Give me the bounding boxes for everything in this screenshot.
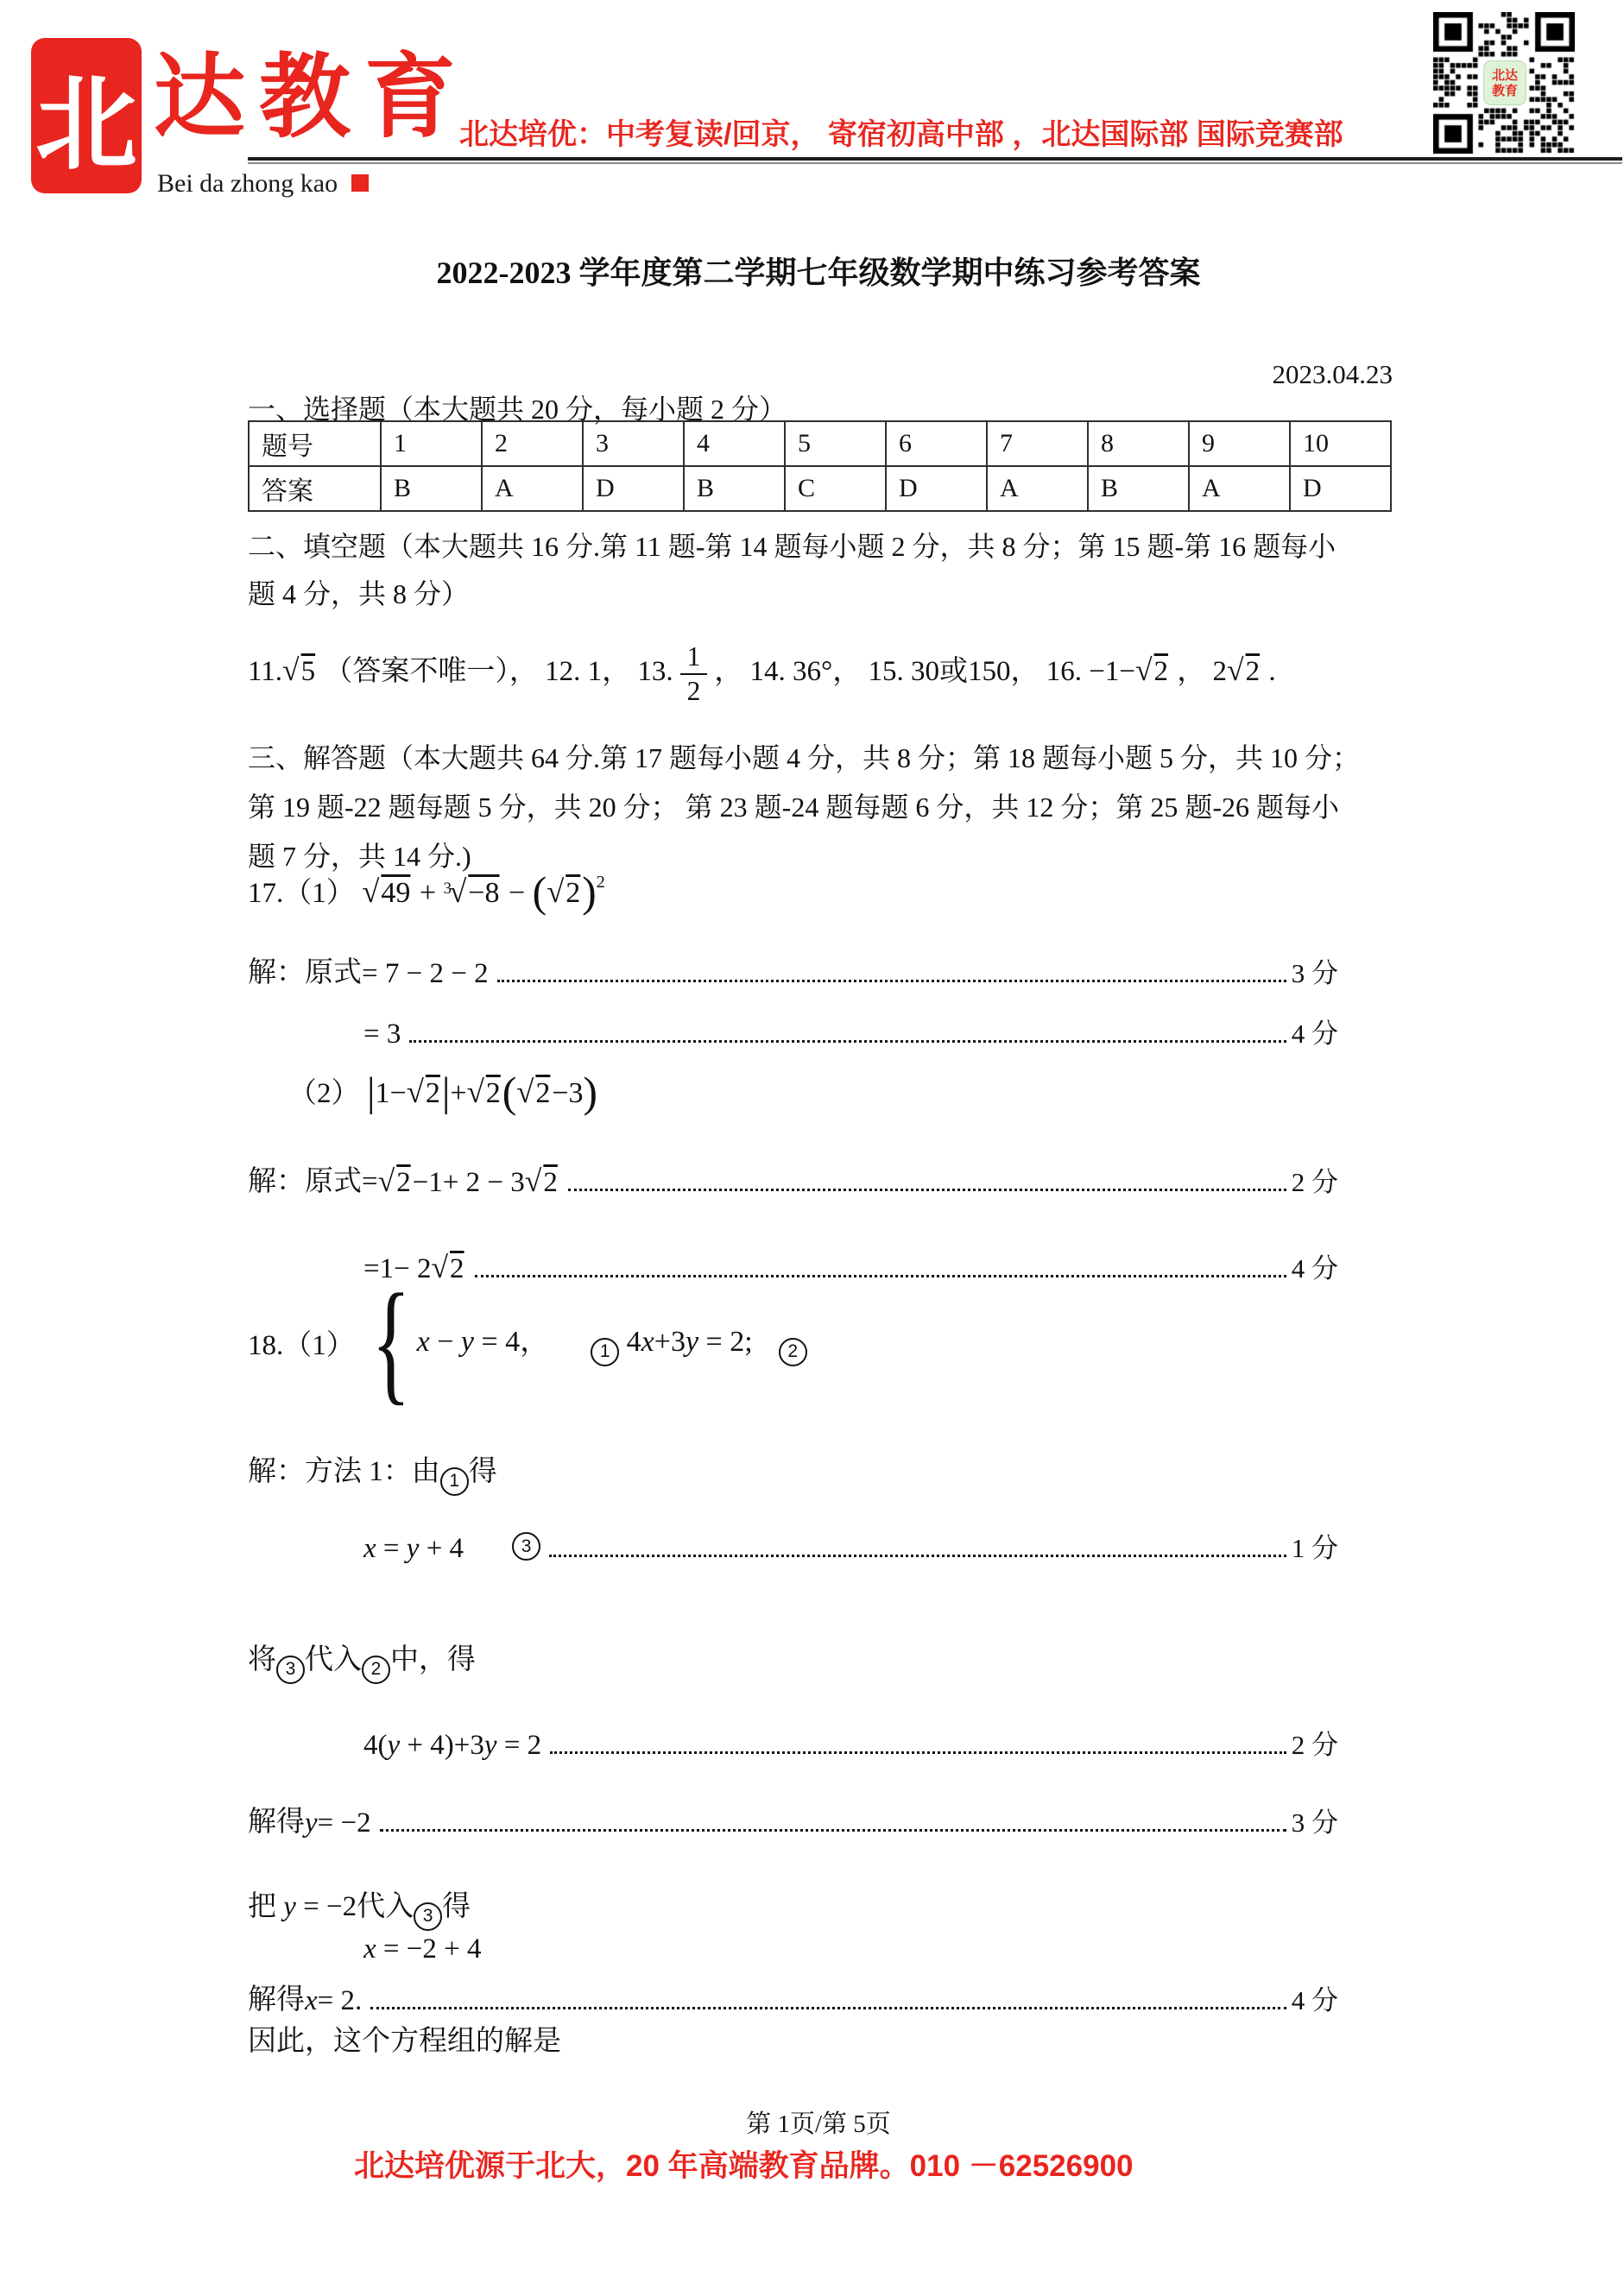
section3-heading-line2: 第 19 题-22 题每题 5 分，共 20 分； 第 23 题-24 题每题 … — [248, 783, 1360, 832]
score-label: 4 分 — [1292, 1978, 1338, 2017]
section3-heading: 三、解答题（本大题共 64 分.第 17 题每小题 4 分，共 8 分；第 18… — [248, 734, 1360, 881]
q18-step9: 因此，这个方程组的解是 — [248, 2018, 561, 2059]
section2-heading: 二、填空题（本大题共 16 分.第 11 题-第 14 题每小题 2 分，共 8… — [248, 523, 1336, 618]
answer-table: 题号 1 2 3 4 5 6 7 8 9 10 答案 B A D B C D A… — [248, 420, 1392, 512]
brand-name: 达教育 — [154, 24, 470, 155]
close-paren: ) — [584, 1069, 597, 1116]
circled-number-3: 3 — [276, 1656, 305, 1684]
score-label: 2 分 — [1292, 1160, 1338, 1199]
answer-cell: D — [886, 466, 987, 511]
answer-11-note: （答案不唯一）， — [324, 656, 538, 687]
minus-op: − — [501, 877, 532, 909]
q17-part2-formula: （2） |1−√2|+√2(√2−3) — [288, 1070, 597, 1111]
q17-label: 17.（1） — [248, 878, 355, 909]
q17-part2-label: （2） — [288, 1078, 360, 1109]
answer-cell: D — [583, 466, 684, 511]
step-text: 解得 — [248, 1977, 305, 2017]
qnum-cell: 4 — [684, 421, 785, 466]
dotted-leader — [549, 1555, 1286, 1557]
qnum-cell: 3 — [583, 421, 684, 466]
system-brace: { — [371, 1284, 411, 1400]
dotted-leader — [497, 980, 1286, 982]
qr-badge-line2: 教育 — [1492, 83, 1518, 98]
score-label: 4 分 — [1292, 1246, 1338, 1285]
circled-number-1: 1 — [591, 1338, 619, 1366]
q18-step4: 4(y + 4)+3y = 2 2 分 — [248, 1723, 1338, 1762]
section3-heading-line1: 三、解答题（本大题共 64 分.第 17 题每小题 4 分，共 8 分；第 18… — [248, 734, 1360, 783]
plus-op: + — [412, 877, 443, 909]
brand-stamp-char: 北 — [35, 42, 137, 189]
q18-step6: 把 y = −2代入3得 — [248, 1883, 471, 1931]
brand-subtitle: Bei da zhong kao — [157, 169, 369, 199]
fraction-one-half: 12 — [680, 640, 708, 707]
q18-step1: 解：方法 1：由1得 — [248, 1448, 497, 1496]
close-paren: ) — [582, 868, 596, 916]
q18-label: 18.（1） — [248, 1322, 355, 1363]
circled-number-2: 2 — [779, 1338, 807, 1366]
sqrt-49: √49 — [362, 877, 412, 909]
step-text: 得 — [469, 1456, 497, 1487]
qr-code-icon: 北达 教育 — [1433, 12, 1575, 154]
answer-cell: C — [785, 466, 886, 511]
dotted-leader — [370, 2007, 1286, 2009]
sol-expr: 4(y + 4)+3y = 2 — [363, 1730, 541, 1762]
answer-cell: B — [1088, 466, 1189, 511]
sqrt-2: √2 — [467, 1077, 502, 1109]
answer-14: 14. 36°， — [750, 656, 862, 687]
answer-cell: A — [987, 466, 1088, 511]
var-x: x — [305, 1985, 318, 2017]
open-paren: ( — [533, 868, 547, 916]
circled-number-1: 1 — [440, 1467, 469, 1496]
fill-in-answers: 11.√5 （答案不唯一）， 12. 1， 13.12， 14. 36°， 15… — [248, 640, 1276, 707]
q17-solution-line1: 解：原式= 7 − 2 − 2 3 分 — [248, 949, 1338, 990]
answer-cell: D — [1290, 466, 1391, 511]
sqrt-2: √2 — [431, 1249, 465, 1285]
dotted-leader — [568, 1189, 1286, 1191]
dotted-leader — [409, 1040, 1286, 1043]
sol-expr: = −2 — [318, 1807, 371, 1839]
exam-date: 2023.04.23 — [248, 359, 1393, 390]
header-rule — [248, 157, 1622, 164]
sol-expr: = 3 — [363, 1019, 401, 1050]
step-text: 得 — [442, 1891, 471, 1922]
q17-part1-formula: 17.（1） √49 + 3√−8 − (√2)2 — [248, 870, 605, 911]
circled-number-2: 2 — [362, 1656, 390, 1684]
sol-expr: −1+ 2 − 3 — [413, 1167, 525, 1199]
step-text: 解得 — [248, 1799, 305, 1839]
brand-stamp-logo: 北 — [31, 38, 142, 193]
sqrt-2: √2 — [516, 1077, 552, 1109]
abs-bar: | — [442, 1070, 451, 1115]
q18-step8: 解得 x = 2. 4 分 — [248, 1977, 1338, 2017]
sqrt-2: √2 — [1135, 656, 1170, 687]
sol-expr: = −2 — [296, 1891, 357, 1922]
sol-expr: = −2 + 4 — [376, 1933, 482, 1965]
answer-15: 15. 30或150， — [868, 656, 1039, 687]
qnum-cell: 10 — [1290, 421, 1391, 466]
var-x: x — [363, 1933, 376, 1965]
sqrt-2: √2 — [525, 1163, 559, 1199]
answer-16-period: . — [1261, 656, 1276, 687]
step-text: 中，得 — [390, 1644, 476, 1675]
qnum-cell: 9 — [1189, 421, 1290, 466]
score-label: 3 分 — [1292, 951, 1338, 990]
q18-equation-system: 18.（1） { x − y = 4，1 4x+3y = 2;2 — [248, 1284, 807, 1400]
table-row2-label: 答案 — [249, 466, 381, 511]
answer-13-comma: ， — [714, 656, 742, 687]
sqrt-2: √2 — [378, 1163, 413, 1199]
answer-12: 12. 1， — [545, 656, 630, 687]
term: 1− — [376, 1077, 407, 1109]
qr-center-badge: 北达 教育 — [1483, 60, 1526, 105]
qnum-cell: 2 — [482, 421, 583, 466]
red-square-icon — [351, 174, 369, 192]
sol-expr: x = y + 4 — [363, 1533, 464, 1565]
dotted-leader — [550, 1751, 1286, 1754]
equation-1: x − y = 4，1 — [417, 1326, 620, 1358]
section2-heading-line1: 二、填空题（本大题共 16 分.第 11 题-第 14 题每小题 2 分，共 8… — [248, 523, 1336, 571]
step-text: 把 — [248, 1891, 283, 1922]
page-title: 2022-2023 学年度第二学期七年级数学期中练习参考答案 — [248, 249, 1389, 293]
answer-16-comma: ， — [1170, 656, 1213, 687]
score-label: 1 分 — [1292, 1526, 1338, 1565]
open-paren: ( — [502, 1069, 516, 1116]
q18-step5: 解得 y = −2 3 分 — [248, 1799, 1338, 1839]
q17-solution-line3: 解：原式=√2 −1+ 2 − 3√2 2 分 — [248, 1158, 1338, 1199]
sol-prefix: 解：原式= — [248, 1158, 378, 1199]
brand-subtitle-text: Bei da zhong kao — [157, 169, 338, 198]
answer-13-label: 13. — [637, 656, 673, 687]
dotted-leader — [380, 1829, 1286, 1832]
step-text: 代入 — [305, 1644, 362, 1675]
qr-badge-line1: 北达 — [1492, 67, 1518, 83]
abs-bar: | — [367, 1070, 376, 1115]
score-label: 2 分 — [1292, 1723, 1338, 1762]
sqrt-2: √2 — [547, 877, 582, 909]
score-label: 4 分 — [1292, 1012, 1338, 1050]
cbrt-neg8: √−8 — [449, 877, 501, 909]
q17-solution-line2: = 3 4 分 — [248, 1012, 1338, 1050]
score-label: 3 分 — [1292, 1801, 1338, 1839]
table-row: 答案 B A D B C D A B A D — [249, 466, 1391, 511]
header-tagline: 北达培优：中考复读/回京， 寄宿初高中部 ，北达国际部 国际竞赛部 — [459, 110, 1343, 153]
table-row: 题号 1 2 3 4 5 6 7 8 9 10 — [249, 421, 1391, 466]
sqrt-5: √5 — [282, 656, 317, 687]
cube-root-index: 3 — [444, 880, 452, 898]
section2-heading-line2: 题 4 分，共 8 分） — [248, 571, 1336, 618]
sol-expr: = 7 − 2 − 2 — [362, 958, 489, 990]
qnum-cell: 6 — [886, 421, 987, 466]
sol-prefix: 解：原式 — [248, 949, 362, 990]
page-number: 第 1页/第 5页 — [248, 2104, 1389, 2140]
footer-promo: 北达培优源于北大，20 年高端教育品牌。010 －62526900 — [354, 2142, 1134, 2186]
answer-11-label: 11. — [248, 656, 282, 687]
circled-number-3: 3 — [512, 1532, 540, 1561]
term: −3 — [552, 1077, 583, 1109]
dotted-leader — [475, 1275, 1286, 1277]
q17-solution-line4: =1− 2√2 4 分 — [248, 1246, 1338, 1285]
sqrt-2: √2 — [1227, 656, 1261, 687]
equation-2: 4x+3y = 2;2 — [627, 1326, 807, 1358]
step-text: 代入 — [357, 1891, 414, 1922]
answer-cell: A — [482, 466, 583, 511]
answer-16-coef: 2 — [1213, 656, 1228, 687]
step-text: 将 — [248, 1644, 276, 1675]
q18-step2: x = y + 4 3 1 分 — [248, 1526, 1338, 1565]
answer-16-part1: 16. −1− — [1046, 656, 1135, 687]
var-y: y — [283, 1891, 296, 1922]
var-y: y — [305, 1807, 318, 1839]
sqrt-2: √2 — [407, 1077, 442, 1109]
plus-op: + — [450, 1077, 466, 1109]
step-text: 解：方法 1：由 — [248, 1456, 440, 1487]
answer-cell: B — [381, 466, 482, 511]
q18-step3: 将3代入2中，得 — [248, 1637, 476, 1684]
circled-number-3: 3 — [414, 1902, 442, 1931]
qnum-cell: 1 — [381, 421, 482, 466]
table-row1-label: 题号 — [249, 421, 381, 466]
answer-cell: B — [684, 466, 785, 511]
qnum-cell: 5 — [785, 421, 886, 466]
qnum-cell: 8 — [1088, 421, 1189, 466]
equations: x − y = 4，1 4x+3y = 2;2 — [417, 1314, 807, 1371]
sol-expr: = 2. — [318, 1985, 363, 2017]
answer-cell: A — [1189, 466, 1290, 511]
q18-step7: x = −2 + 4 — [363, 1933, 482, 1965]
qnum-cell: 7 — [987, 421, 1088, 466]
superscript-2: 2 — [597, 873, 605, 892]
